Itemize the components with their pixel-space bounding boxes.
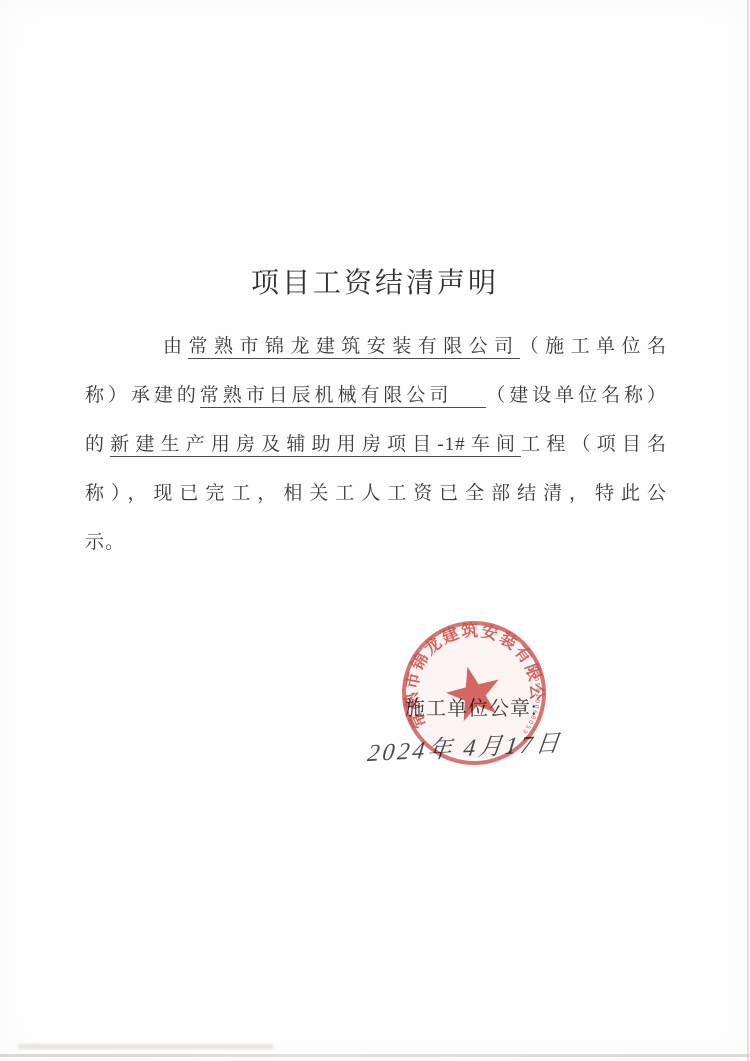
body-line-3: 的新建生产用房及辅助用房项目-1#车间工程（项目名 bbox=[85, 420, 667, 469]
line3-post: 工程（项目名 bbox=[521, 434, 667, 455]
seal-caption: 施工单位公章: bbox=[405, 692, 538, 721]
scan-edge-bottom bbox=[0, 1054, 750, 1057]
document-title: 项目工资结清声明 bbox=[0, 261, 750, 301]
scan-edge-right bbox=[747, 0, 749, 1061]
scan-smudge-artifact bbox=[18, 1044, 273, 1049]
line1-post: （施工单位名 bbox=[520, 336, 667, 357]
scanned-document-page: 项目工资结清声明 由常熟市锦龙建筑安装有限公司（施工单位名 称）承建的常熟市日辰… bbox=[0, 0, 750, 1061]
body-line-5: 示。 bbox=[85, 518, 667, 567]
line2-pre: 称）承建的 bbox=[85, 385, 200, 406]
project-name: 新建生产用房及辅助用房项目-1#车间 bbox=[110, 434, 521, 457]
document-body: 由常熟市锦龙建筑安装有限公司（施工单位名 称）承建的常熟市日辰机械有限公司（建设… bbox=[85, 322, 667, 567]
body-line-1: 由常熟市锦龙建筑安装有限公司（施工单位名 bbox=[85, 322, 667, 371]
owner-company-name: 常熟市日辰机械有限公司 bbox=[200, 385, 487, 408]
body-line-4: 称），现已完工，相关工人工资已全部结清，特此公 bbox=[85, 469, 667, 518]
handwritten-date: 2024年 4月17日 bbox=[366, 723, 565, 768]
line3-pre: 的 bbox=[85, 434, 110, 455]
construction-company-name: 常熟市锦龙建筑安装有限公司 bbox=[188, 336, 519, 359]
body-line-2: 称）承建的常熟市日辰机械有限公司（建设单位名称） bbox=[85, 371, 667, 420]
line1-pre: 由 bbox=[163, 336, 188, 357]
line2-post: （建设单位名称） bbox=[486, 385, 667, 406]
